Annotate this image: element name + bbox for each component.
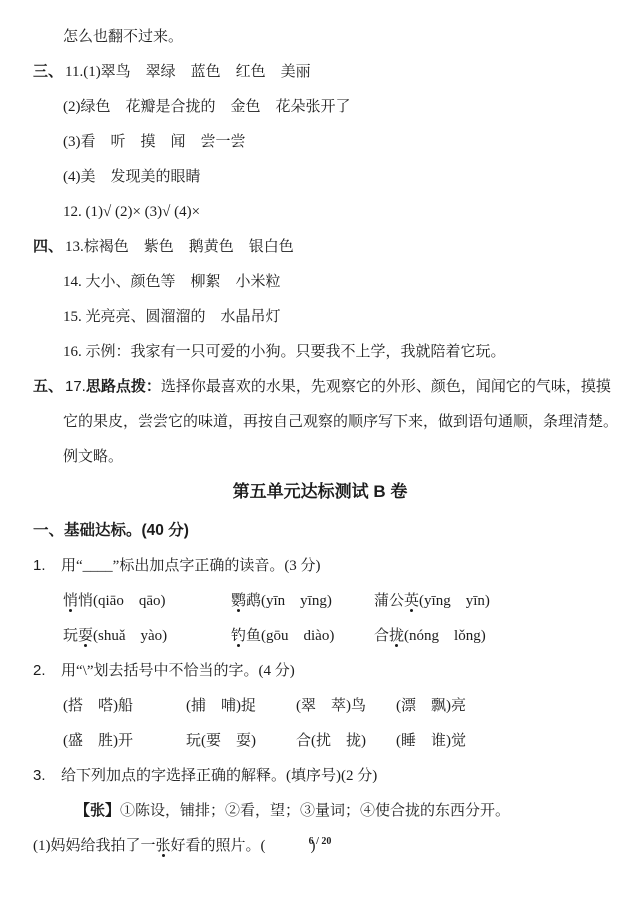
definition-term: 【张】 [75,802,120,819]
answer-line: 12. (1)√ (2)× (3)√ (4)× [33,201,607,223]
document-page: 怎么也翻不过来。 三、 11.(1)翠鸟 翠绿 蓝色 红色 美丽 (2)绿色 花… [0,0,640,857]
pinyin-item: 合拢(nóng lǒng) [374,625,486,647]
char-choice-item: (翠 萃)鸟 [296,695,396,717]
char-choice-item: 玩(要 耍) [186,730,296,752]
section-marker: 五、 [33,376,65,398]
char-choice-item: 合(扰 拢) [296,730,396,752]
char-choice-item: (睡 谁)觉 [396,730,466,752]
answer-line: 15. 光亮亮、圆溜溜的 水晶吊灯 [33,306,607,328]
char-choice-item: (捕 哺)捉 [186,695,296,717]
char-choice-item: (盛 胜)开 [63,730,186,752]
answer-line: 例文略。 [33,446,607,468]
answer-line: 16. 示例：我家有一只可爱的小狗。只要我不上学，我就陪着它玩。 [33,341,607,363]
answer-line: 13.棕褐色 紫色 鹅黄色 银白色 [65,236,294,258]
question-prompt: 用“____”标出加点字正确的读音。(3 分) [61,555,321,577]
dotted-char: 英 [404,593,419,609]
question-1: 1. 用“____”标出加点字正确的读音。(3 分) [33,555,607,577]
answer-section-3: 三、 11.(1)翠鸟 翠绿 蓝色 红色 美丽 [33,61,607,83]
char-choice-row: (搭 嗒)船 (捕 哺)捉 (翠 萃)鸟 (漂 飘)亮 [33,695,607,717]
question-number: 1. [33,555,61,577]
section-marker: 三、 [33,61,65,83]
dotted-char: 悄 [63,593,78,609]
section-heading: 一、基础达标。(40 分) [33,520,607,542]
question-2: 2. 用“\”划去括号中不恰当的字。(4 分) [33,660,607,682]
answer-continuation-line: 怎么也翻不过来。 [33,26,607,48]
pinyin-item: 鹦鹉(yīn yīng) [231,590,374,612]
char-choice-row: (盛 胜)开 玩(要 耍) 合(扰 拢) (睡 谁)觉 [33,730,607,752]
answer-line: (4)美 发现美的眼睛 [33,166,607,188]
question-number: 2. [33,660,61,682]
answer-text: 选择你最喜欢的水果，先观察它的外形、颜色，闻闻它的气味，摸摸 [161,379,611,395]
answer-line: (3)看 听 摸 闻 尝一尝 [33,131,607,153]
answer-bold-label: 思路点拨： [86,378,161,395]
question-3: 3. 给下列加点的字选择正确的解释。(填序号)(2 分) [33,765,607,787]
answer-line: (2)绿色 花瓣是合拢的 金色 花朵张开了 [33,96,607,118]
answer-section-4: 四、 13.棕褐色 紫色 鹅黄色 银白色 [33,236,607,258]
answer-section-5: 五、 17.思路点拨：选择你最喜欢的水果，先观察它的外形、颜色，闻闻它的气味，摸… [33,376,607,398]
dotted-char: 拢 [389,628,404,644]
pinyin-item: 蒲公英(yīng yīn) [374,590,490,612]
pinyin-item: 悄悄(qiāo qāo) [63,590,231,612]
page-number: 6 / 20 [0,836,640,847]
answer-line: 11.(1)翠鸟 翠绿 蓝色 红色 美丽 [65,61,311,83]
question-prompt: 给下列加点的字选择正确的解释。(填序号)(2 分) [61,765,377,787]
char-choice-item: (漂 飘)亮 [396,695,466,717]
question-prompt: 用“\”划去括号中不恰当的字。(4 分) [61,660,295,682]
section-marker: 四、 [33,236,65,258]
pinyin-item: 钓鱼(gōu diào) [231,625,374,647]
pinyin-item: 玩耍(shuǎ yào) [63,625,231,647]
dotted-char: 钓 [231,628,246,644]
char-choice-item: (搭 嗒)船 [63,695,186,717]
definition-body: ①陈设，铺排；②看，望；③量词；④使合拢的东西分开。 [120,803,510,819]
question-number: 3. [33,765,61,787]
answer-line: 14. 大小、颜色等 柳絮 小米粒 [33,271,607,293]
pinyin-row: 玩耍(shuǎ yào) 钓鱼(gōu diào) 合拢(nóng lǒng) [33,625,607,647]
dotted-char: 鹦 [231,593,246,609]
dotted-char: 耍 [78,628,93,644]
answer-number: 17. [65,378,86,395]
pinyin-row: 悄悄(qiāo qāo) 鹦鹉(yīn yīng) 蒲公英(yīng yīn) [33,590,607,612]
answer-line: 17.思路点拨：选择你最喜欢的水果，先观察它的外形、颜色，闻闻它的气味，摸摸 [65,376,611,398]
exam-title: 第五单元达标测试 B 卷 [33,481,607,503]
definition-line: 【张】①陈设，铺排；②看，望；③量词；④使合拢的东西分开。 [33,800,607,822]
answer-line: 它的果皮，尝尝它的味道，再按自己观察的顺序写下来，做到语句通顺，条理清楚。 [33,411,607,433]
